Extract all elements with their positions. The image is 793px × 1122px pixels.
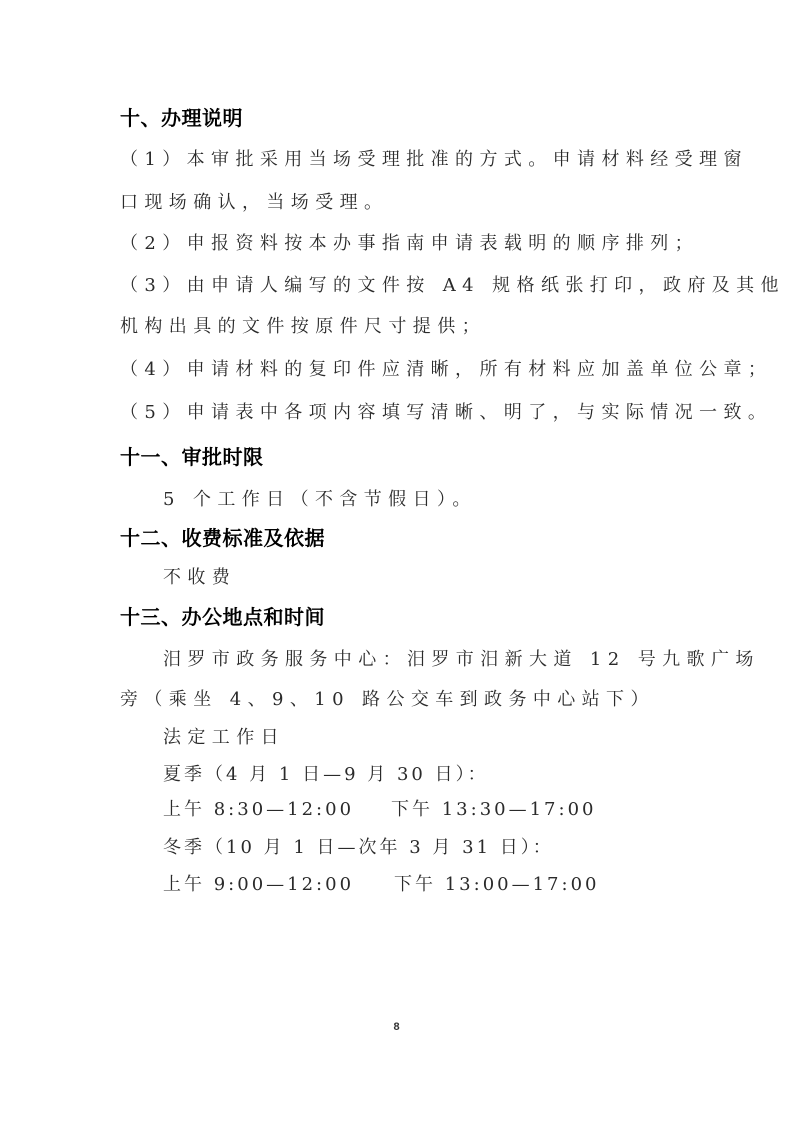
paragraph-line: （1）本审批采用当场受理批准的方式。申请材料经受理窗 xyxy=(120,148,748,172)
paragraph-line: 不收费 xyxy=(163,566,236,590)
section-heading-12: 十二、收费标准及依据 xyxy=(120,525,325,551)
paragraph-line: 法定工作日 xyxy=(163,726,285,750)
paragraph-line: 机构出具的文件按原件尺寸提供； xyxy=(120,315,486,339)
page-number: 8 xyxy=(0,1021,793,1033)
paragraph-line: 口现场确认，当场受理。 xyxy=(120,191,388,215)
paragraph-line: （3）由申请人编写的文件按 A4 规格纸张打印，政府及其他 xyxy=(120,274,785,298)
winter-label: 冬季（10 月 1 日—次年 3 月 31 日）： xyxy=(163,836,554,860)
section-heading-13: 十三、办公地点和时间 xyxy=(120,604,325,630)
paragraph-line: （2）申报资料按本办事指南申请表载明的顺序排列； xyxy=(120,232,699,256)
paragraph-line: 旁（乘坐 4、9、10 路公交车到政务中心站下） xyxy=(120,688,655,712)
summer-label: 夏季（4 月 1 日—9 月 30 日）： xyxy=(163,763,489,787)
winter-hours-pm: 下午 13:00—17:00 xyxy=(394,873,599,897)
section-heading-10: 十、办理说明 xyxy=(120,105,243,131)
winter-hours-am: 上午 9:00—12:00 xyxy=(163,873,354,897)
paragraph-line: （5）申请表中各项内容填写清晰、明了，与实际情况一致。 xyxy=(120,401,772,425)
section-heading-11: 十一、审批时限 xyxy=(120,444,264,470)
summer-hours-am: 上午 8:30—12:00 xyxy=(163,798,354,822)
summer-hours-pm: 下午 13:30—17:00 xyxy=(391,798,596,822)
document-page: 十、办理说明 （1）本审批采用当场受理批准的方式。申请材料经受理窗 口现场确认，… xyxy=(0,0,793,1122)
paragraph-line: 汨罗市政务服务中心：汨罗市汨新大道 12 号九歌广场 xyxy=(163,648,760,672)
paragraph-line: 5 个工作日（不含节假日）。 xyxy=(163,488,477,512)
paragraph-line: （4）申请材料的复印件应清晰，所有材料应加盖单位公章； xyxy=(120,358,772,382)
